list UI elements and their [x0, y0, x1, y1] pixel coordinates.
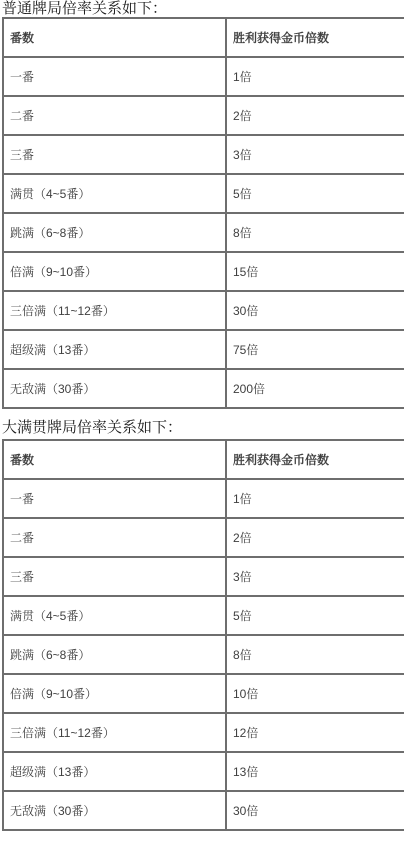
fan-count-cell: 满贯（4~5番） — [3, 596, 226, 635]
fan-count-cell: 三番 — [3, 557, 226, 596]
fan-count-cell: 无敌满（30番） — [3, 369, 226, 408]
table-row: 满贯（4~5番）5倍 — [3, 174, 404, 213]
table-row: 三倍满（11~12番）12倍 — [3, 713, 404, 752]
fan-count-header: 番数 — [3, 440, 226, 479]
table-row: 无敌满（30番）30倍 — [3, 791, 404, 830]
multiplier-cell: 2倍 — [226, 518, 404, 557]
multiplier-cell: 10倍 — [226, 674, 404, 713]
fan-count-cell: 一番 — [3, 57, 226, 96]
table-row: 超级满（13番）13倍 — [3, 752, 404, 791]
normal-game-rate-table: 番数胜利获得金币倍数一番1倍二番2倍三番3倍满贯（4~5番）5倍跳满（6~8番）… — [2, 17, 404, 409]
multiplier-cell: 5倍 — [226, 596, 404, 635]
table-row: 无敌满（30番）200倍 — [3, 369, 404, 408]
multiplier-cell: 13倍 — [226, 752, 404, 791]
multiplier-cell: 30倍 — [226, 291, 404, 330]
fan-count-cell: 跳满（6~8番） — [3, 635, 226, 674]
multiplier-cell: 8倍 — [226, 635, 404, 674]
table-row: 三倍满（11~12番）30倍 — [3, 291, 404, 330]
multiplier-cell: 30倍 — [226, 791, 404, 830]
multiplier-cell: 1倍 — [226, 57, 404, 96]
table-row: 三番3倍 — [3, 557, 404, 596]
coin-multiplier-header: 胜利获得金币倍数 — [226, 440, 404, 479]
fan-count-cell: 二番 — [3, 96, 226, 135]
grand-slam-section-title: 大满贯牌局倍率关系如下： — [2, 419, 404, 436]
header-row: 番数胜利获得金币倍数 — [3, 18, 404, 57]
rules-page: 普通牌局倍率关系如下： 番数胜利获得金币倍数一番1倍二番2倍三番3倍满贯（4~5… — [0, 0, 404, 831]
fan-count-cell: 跳满（6~8番） — [3, 213, 226, 252]
table-row: 满贯（4~5番）5倍 — [3, 596, 404, 635]
table-row: 二番2倍 — [3, 518, 404, 557]
table-row: 一番1倍 — [3, 57, 404, 96]
fan-count-cell: 超级满（13番） — [3, 330, 226, 369]
table-row: 一番1倍 — [3, 479, 404, 518]
multiplier-cell: 5倍 — [226, 174, 404, 213]
fan-count-cell: 二番 — [3, 518, 226, 557]
multiplier-cell: 3倍 — [226, 557, 404, 596]
table-row: 跳满（6~8番）8倍 — [3, 635, 404, 674]
multiplier-cell: 12倍 — [226, 713, 404, 752]
multiplier-cell: 1倍 — [226, 479, 404, 518]
table-row: 倍满（9~10番）10倍 — [3, 674, 404, 713]
multiplier-cell: 15倍 — [226, 252, 404, 291]
fan-count-cell: 三倍满（11~12番） — [3, 713, 226, 752]
table-row: 二番2倍 — [3, 96, 404, 135]
normal-game-section-title: 普通牌局倍率关系如下： — [2, 0, 404, 17]
multiplier-cell: 2倍 — [226, 96, 404, 135]
table-row: 超级满（13番）75倍 — [3, 330, 404, 369]
fan-count-cell: 三番 — [3, 135, 226, 174]
fan-count-cell: 倍满（9~10番） — [3, 674, 226, 713]
multiplier-cell: 8倍 — [226, 213, 404, 252]
fan-count-cell: 倍满（9~10番） — [3, 252, 226, 291]
table-row: 三番3倍 — [3, 135, 404, 174]
fan-count-cell: 无敌满（30番） — [3, 791, 226, 830]
coin-multiplier-header: 胜利获得金币倍数 — [226, 18, 404, 57]
fan-count-cell: 满贯（4~5番） — [3, 174, 226, 213]
fan-count-cell: 三倍满（11~12番） — [3, 291, 226, 330]
grand-slam-rate-table: 番数胜利获得金币倍数一番1倍二番2倍三番3倍满贯（4~5番）5倍跳满（6~8番）… — [2, 439, 404, 831]
multiplier-cell: 75倍 — [226, 330, 404, 369]
header-row: 番数胜利获得金币倍数 — [3, 440, 404, 479]
multiplier-cell: 3倍 — [226, 135, 404, 174]
fan-count-header: 番数 — [3, 18, 226, 57]
multiplier-cell: 200倍 — [226, 369, 404, 408]
table-row: 跳满（6~8番）8倍 — [3, 213, 404, 252]
table-row: 倍满（9~10番）15倍 — [3, 252, 404, 291]
fan-count-cell: 超级满（13番） — [3, 752, 226, 791]
fan-count-cell: 一番 — [3, 479, 226, 518]
